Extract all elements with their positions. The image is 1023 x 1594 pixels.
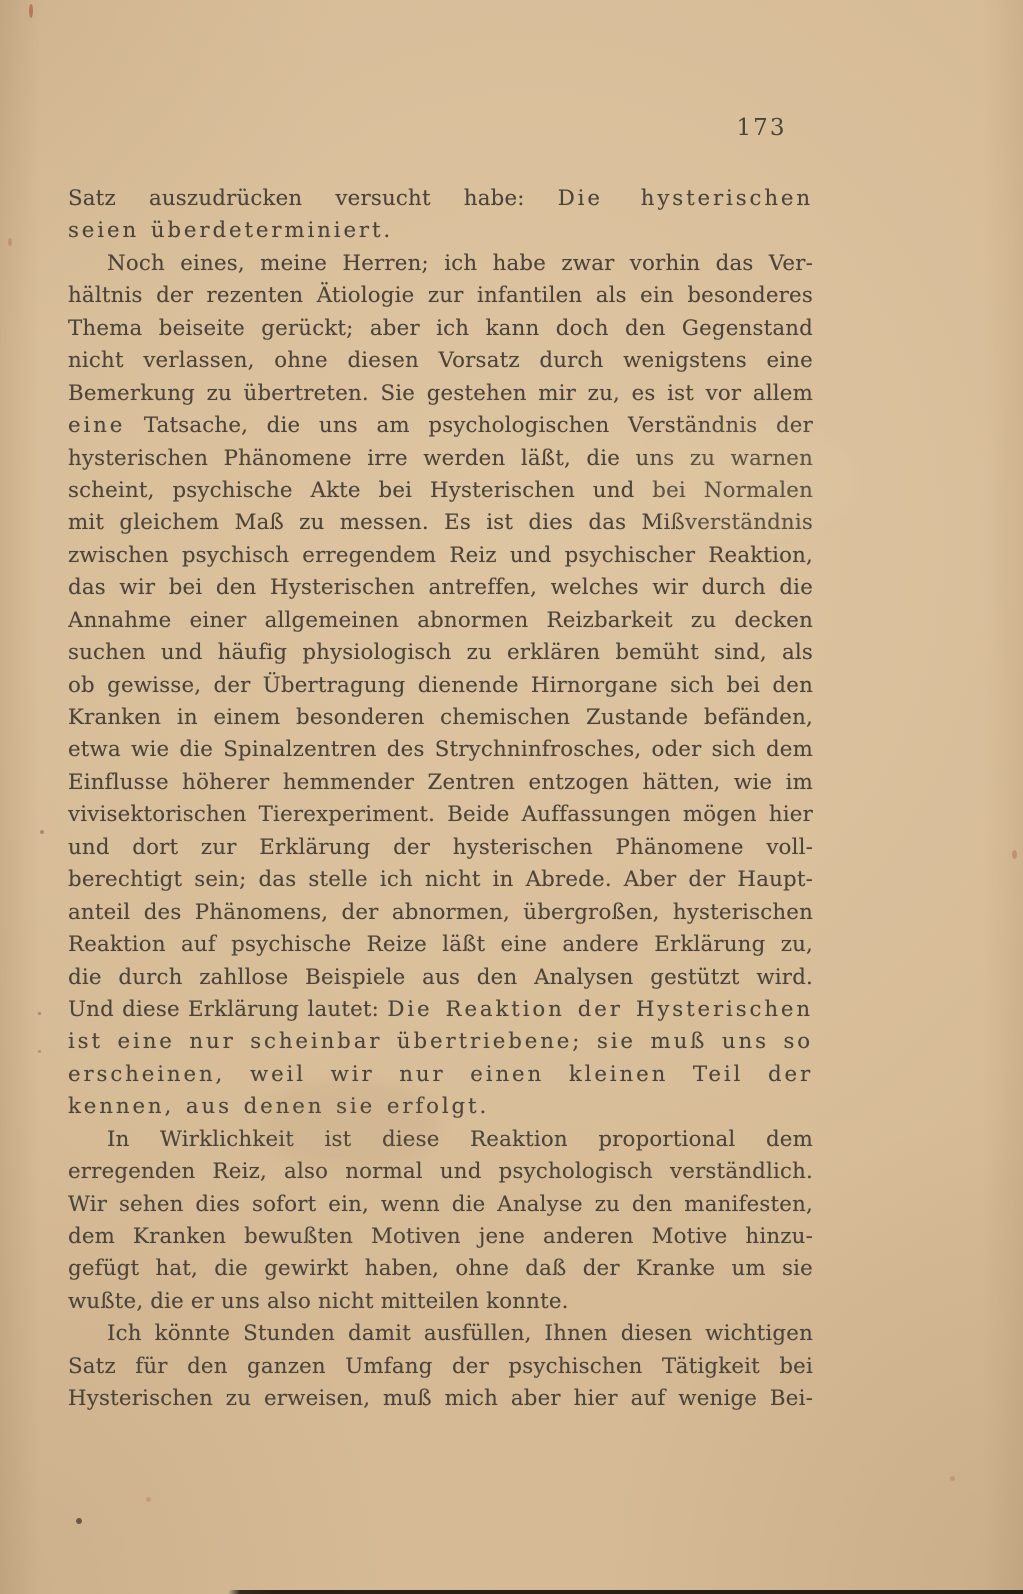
- emphasized-text: seien überdeterminiert.: [68, 218, 393, 243]
- text-line: Reaktion auf psychische Reize läßt eine …: [68, 929, 813, 961]
- text-line: Satz für den ganzen Umfang der psychisch…: [68, 1351, 813, 1383]
- body-text: Noch eines, meine Herren; ich habe zwar …: [107, 251, 813, 276]
- text-line: berechtigt sein; das stelle ich nicht in…: [68, 864, 813, 896]
- text-block: Satz auszudrücken versucht habe: Die hys…: [68, 183, 813, 1416]
- text-line: vivisektorischen Tierexperiment. Beide A…: [68, 799, 813, 831]
- body-text: Hysterischen zu erweisen, muß mich aber …: [68, 1386, 813, 1411]
- text-line: ob gewisse, der Übertragung dienende Hir…: [68, 670, 813, 702]
- emphasized-text: eine: [68, 413, 125, 438]
- body-text: Reaktion auf psychische Reize läßt eine …: [68, 932, 813, 957]
- text-line: Und diese Erklärung lautet: Die Reaktion…: [68, 994, 813, 1026]
- book-page-scan: 173 Satz auszudrücken versucht habe: Die…: [0, 0, 1023, 1594]
- body-text: nicht verlassen, ohne diesen Vorsatz dur…: [68, 348, 813, 373]
- body-text: vivisektorischen Tierexperiment. Beide A…: [68, 802, 813, 827]
- text-line: Ich könnte Stunden damit ausfüllen, Ihne…: [68, 1318, 813, 1350]
- text-line: gefügt hat, die gewirkt haben, ohne daß …: [68, 1253, 813, 1285]
- body-text: anteil des Phänomens, der abnormen, über…: [68, 900, 813, 925]
- emphasized-text: Die Reaktion der Hysterischen: [387, 997, 813, 1022]
- paper-speck: [950, 1476, 955, 1481]
- scan-bottom-edge: [228, 1590, 1023, 1594]
- body-text: Bemerkung zu übertreten. Sie gestehen mi…: [68, 381, 813, 406]
- body-text: berechtigt sein; das stelle ich nicht in…: [68, 867, 813, 892]
- body-text: Wir sehen dies sofort ein, wenn die Anal…: [68, 1192, 813, 1217]
- paper-speck: [8, 238, 12, 246]
- body-text: erregenden Reiz, also normal und psychol…: [68, 1159, 813, 1184]
- text-line: und dort zur Erklärung der hysterischen …: [68, 832, 813, 864]
- body-text: zwischen psychisch erregendem Reiz und p…: [68, 543, 813, 568]
- page-number: 173: [700, 115, 823, 141]
- body-text: Kranken in einem besonderen chemischen Z…: [68, 705, 813, 730]
- body-text: etwa wie die Spinalzentren des Strychnin…: [68, 737, 813, 762]
- body-text: Ich könnte Stunden damit ausfüllen, Ihne…: [107, 1321, 813, 1346]
- body-text: das wir bei den Hysterischen antreffen, …: [68, 575, 813, 600]
- text-line: nicht verlassen, ohne diesen Vorsatz dur…: [68, 345, 813, 377]
- body-text: und dort zur Erklärung der hysterischen …: [68, 835, 813, 860]
- paper-stain: [260, 1080, 440, 1170]
- text-line: Hysterischen zu erweisen, muß mich aber …: [68, 1383, 813, 1415]
- paper-speck: [1012, 850, 1017, 859]
- emphasized-text: erscheinen, weil wir nur einen kleinen T…: [68, 1062, 813, 1091]
- body-text: wußte, die er uns also nicht mitteilen k…: [68, 1289, 569, 1314]
- text-line: In Wirklichkeit ist diese Reaktion propo…: [68, 1124, 813, 1156]
- body-text: gefügt hat, die gewirkt haben, ohne daß …: [68, 1256, 813, 1281]
- body-text: Satz für den ganzen Umfang der psychisch…: [68, 1354, 813, 1379]
- text-line: anteil des Phänomens, der abnormen, über…: [68, 897, 813, 929]
- text-line: Thema beiseite gerückt; aber ich kann do…: [68, 313, 813, 345]
- body-text: Und diese Erklärung lautet:: [68, 997, 387, 1022]
- paper-speck: [40, 830, 44, 834]
- text-line: Noch eines, meine Herren; ich habe zwar …: [68, 248, 813, 280]
- paper-speck: [38, 1012, 41, 1015]
- text-line: kennen, aus denen sie erfolgt.: [68, 1091, 813, 1123]
- text-line: erregenden Reiz, also normal und psychol…: [68, 1156, 813, 1188]
- emphasized-text: ist eine nur scheinbar übertriebene; sie…: [68, 1029, 813, 1054]
- text-line: Bemerkung zu übertreten. Sie gestehen mi…: [68, 378, 813, 410]
- text-line: etwa wie die Spinalzentren des Strychnin…: [68, 734, 813, 766]
- text-line: die durch zahllose Beispiele aus den Ana…: [68, 962, 813, 994]
- paper-speck: [146, 1497, 151, 1502]
- text-line: zwischen psychisch erregendem Reiz und p…: [68, 540, 813, 572]
- text-line: Kranken in einem besonderen chemischen Z…: [68, 702, 813, 734]
- body-text: Thema beiseite gerückt; aber ich kann do…: [68, 316, 813, 341]
- paper-speck: [76, 1518, 82, 1524]
- text-line: Satz auszudrücken versucht habe: Die hys…: [68, 183, 813, 215]
- body-text: Annahme einer allgemeinen abnormen Reizb…: [68, 608, 813, 633]
- body-text: ob gewisse, der Übertragung dienende Hir…: [68, 673, 813, 698]
- text-line: Annahme einer allgemeinen abnormen Reizb…: [68, 605, 813, 637]
- text-line: dem Kranken bewußten Motiven jene andere…: [68, 1221, 813, 1253]
- body-text: die durch zahllose Beispiele aus den Ana…: [68, 965, 813, 990]
- text-line: seien überdeterminiert.: [68, 215, 813, 247]
- text-line: wußte, die er uns also nicht mitteilen k…: [68, 1286, 813, 1318]
- body-text: In Wirklichkeit ist diese Reaktion propo…: [107, 1127, 813, 1152]
- paper-speck: [38, 1050, 41, 1053]
- body-text: hältnis der rezenten Ätiologie zur infan…: [68, 283, 813, 308]
- text-line: Wir sehen dies sofort ein, wenn die Anal…: [68, 1189, 813, 1221]
- body-text: Einflusse höherer hemmender Zentren entz…: [68, 770, 813, 795]
- text-line: das wir bei den Hysterischen antreffen, …: [68, 572, 813, 604]
- body-text: suchen und häufig physiologisch zu erklä…: [68, 640, 813, 665]
- text-line: hältnis der rezenten Ätiologie zur infan…: [68, 280, 813, 312]
- text-line: Einflusse höherer hemmender Zentren entz…: [68, 767, 813, 799]
- paper-stain: [640, 420, 860, 540]
- paper-speck: [29, 4, 33, 18]
- text-line: suchen und häufig physiologisch zu erklä…: [68, 637, 813, 669]
- body-text: Satz auszudrücken versucht habe:: [68, 186, 558, 211]
- text-line: ist eine nur scheinbar übertriebene; sie…: [68, 1026, 813, 1058]
- text-line: erscheinen, weil wir nur einen kleinen T…: [68, 1059, 813, 1091]
- body-text: dem Kranken bewußten Motiven jene andere…: [68, 1224, 813, 1249]
